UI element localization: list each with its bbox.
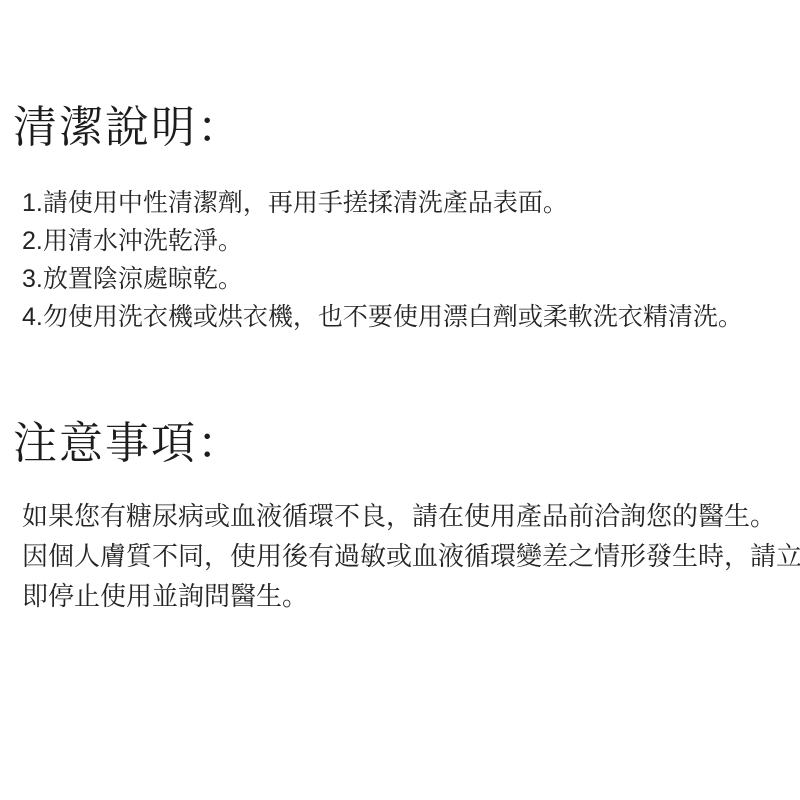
notice-paragraph: 如果您有糖尿病或血液循環不良，請在使用產品前洽詢您的醫生。 因個人膚質不同，使用… xyxy=(22,496,792,616)
cleaning-step-3: 3.放置陰涼處晾乾。 xyxy=(22,260,782,298)
notice-section-heading: 注意事項： xyxy=(13,418,243,470)
cleaning-steps-list: 1.請使用中性清潔劑，再用手搓揉清洗產品表面。 2.用清水沖洗乾淨。 3.放置陰… xyxy=(22,184,782,336)
cleaning-section-heading: 清潔說明： xyxy=(13,102,243,154)
cleaning-step-4: 4.勿使用洗衣機或烘衣機，也不要使用漂白劑或柔軟洗衣精清洗。 xyxy=(22,298,782,336)
cleaning-step-1: 1.請使用中性清潔劑，再用手搓揉清洗產品表面。 xyxy=(22,184,782,222)
cleaning-step-2: 2.用清水沖洗乾淨。 xyxy=(22,222,782,260)
document-page: 清潔說明： 1.請使用中性清潔劑，再用手搓揉清洗產品表面。 2.用清水沖洗乾淨。… xyxy=(0,0,800,800)
notice-paragraph-line-1: 如果您有糖尿病或血液循環不良，請在使用產品前洽詢您的醫生。 xyxy=(22,496,792,536)
notice-paragraph-line-3: 即停止使用並詢問醫生。 xyxy=(22,576,792,616)
notice-paragraph-line-2: 因個人膚質不同，使用後有過敏或血液循環變差之情形發生時，請立 xyxy=(22,536,792,576)
